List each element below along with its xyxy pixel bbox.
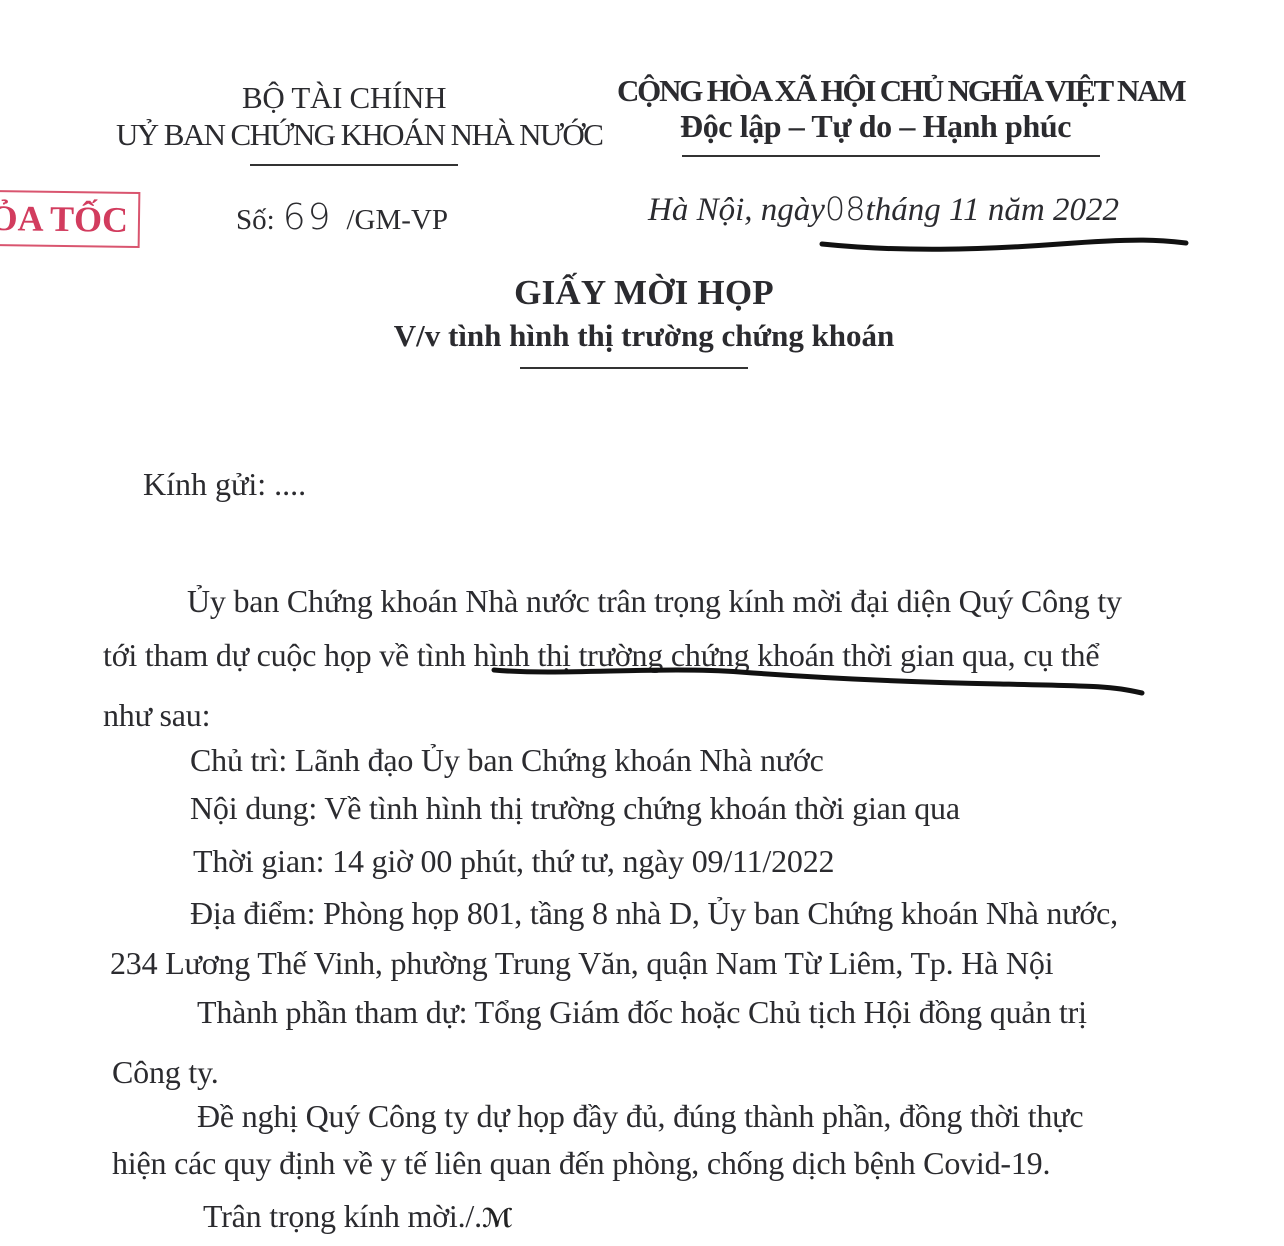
urgent-stamp: ỎA TỐC [0, 190, 140, 248]
request-line: Đề nghị Quý Công ty dự họp đầy đủ, đúng … [197, 1098, 1083, 1135]
recipient-line: Kính gửi: .... [143, 466, 306, 503]
body-line: Ủy ban Chứng khoán Nhà nước trân trọng k… [187, 583, 1122, 620]
document-number-suffix: /GM-VP [347, 204, 449, 236]
agency-parent: BỘ TÀI CHÍNH [242, 80, 446, 116]
document-number-handwritten: 69 [283, 197, 333, 238]
attendees-line: Thành phần tham dự: Tổng Giám đốc hoặc C… [197, 994, 1087, 1031]
document-subject: V/v tình hình thị trường chứng khoán [0, 318, 1284, 354]
stamp-text: ỎA TỐC [0, 197, 128, 241]
date-suffix: tháng 11 năm 2022 [866, 192, 1119, 228]
closing-line: Trân trọng kính mời./.ℳ [203, 1198, 513, 1235]
agency-divider [250, 164, 458, 166]
document-title: GIẤY MỜI HỌP [0, 273, 1284, 313]
body-line: như sau: [103, 697, 210, 734]
date-marker-underline [822, 240, 1186, 249]
national-motto: Độc lập – Tự do – Hạnh phúc [680, 108, 1071, 145]
closing-text: Trân trọng kính mời./. [203, 1198, 482, 1234]
body-line: tới tham dự cuộc họp về tình hình thị tr… [103, 637, 1099, 674]
chair-line: Chủ trì: Lãnh đạo Ủy ban Chứng khoán Nhà… [190, 742, 824, 779]
date-prefix: Hà Nội, ngày [648, 192, 825, 228]
country-name: CỘNG HÒA XÃ HỘI CHỦ NGHĨA VIỆT NAM [617, 73, 1184, 109]
location-line: Địa điểm: Phòng họp 801, tầng 8 nhà D, Ủ… [190, 895, 1118, 932]
initials-mark: ℳ [482, 1204, 513, 1234]
motto-divider [682, 155, 1100, 157]
agency-name: UỶ BAN CHỨNG KHOÁN NHÀ NƯỚC [116, 117, 602, 153]
content-line: Nội dung: Về tình hình thị trường chứng … [190, 790, 960, 827]
document-number-label: Số: [236, 204, 275, 236]
date-day-handwritten: 08 [825, 190, 866, 228]
document-number: Số:69/GM-VP [236, 197, 448, 238]
attendees-line-cont: Công ty. [112, 1054, 219, 1091]
location-address-line: 234 Lương Thế Vinh, phường Trung Văn, qu… [110, 945, 1053, 982]
request-line-cont: hiện các quy định về y tế liên quan đến … [112, 1145, 1050, 1182]
issue-date: Hà Nội, ngày08tháng 11 năm 2022 [648, 190, 1119, 229]
subject-divider [520, 367, 748, 369]
time-line: Thời gian: 14 giờ 00 phút, thứ tư, ngày … [193, 843, 834, 880]
